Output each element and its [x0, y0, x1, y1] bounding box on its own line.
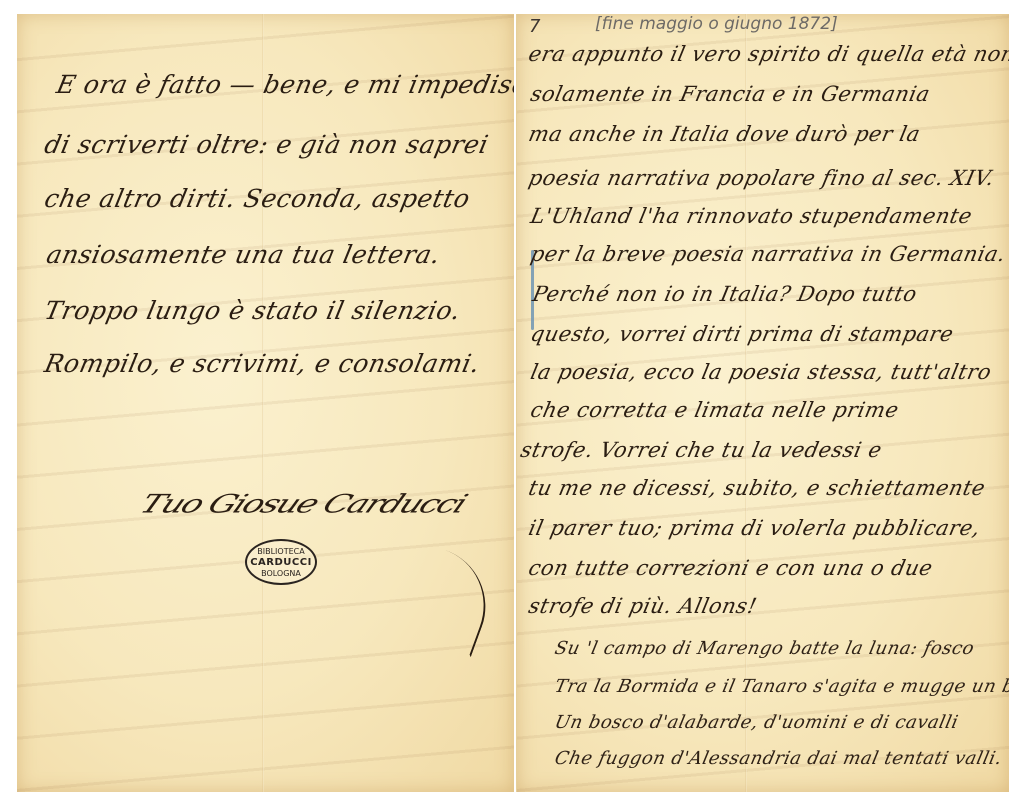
right-line-15: strofe di più. Allons!	[526, 594, 759, 618]
stamp-line-1: BIBLIOTECA	[257, 546, 304, 557]
page-number: 7	[529, 16, 540, 37]
right-line-13: il parer tuo; prima di volerla pubblicar…	[526, 516, 982, 540]
archival-date-note: [fine maggio o giugno 1872]	[595, 14, 838, 34]
verse-line-1: Su 'l campo di Marengo batte la luna: fo…	[553, 638, 977, 659]
verse-line-3: Un bosco d'alabarde, d'uomini e di caval…	[553, 712, 961, 733]
left-line-1: E ora è fatto — bene, e mi impedisce	[54, 70, 514, 99]
left-line-2: di scriverti oltre: e già non saprei	[42, 130, 491, 159]
letter-page-right: 7 [fine maggio o giugno 1872] era appunt…	[516, 14, 1009, 792]
right-line-8: questo, vorrei dirti prima di stampare	[528, 322, 955, 346]
right-line-11: strofe. Vorrei che tu la vedessi e	[518, 438, 884, 462]
right-line-10: che corretta e limata nelle prime	[528, 398, 901, 422]
library-stamp: BIBLIOTECA CARDUCCI BOLOGNA	[245, 539, 317, 585]
right-line-2: solamente in Francia e in Germania	[528, 82, 932, 106]
right-line-9: la poesia, ecco la poesia stessa, tutt'a…	[528, 360, 993, 384]
left-line-3: che altro dirti. Seconda, aspetto	[42, 184, 473, 213]
right-line-5: L'Uhland l'ha rinnovato stupendamente	[528, 204, 974, 228]
signature-flourish	[394, 543, 503, 657]
right-line-14: con tutte correzioni e con una o due	[526, 556, 935, 580]
right-line-4: poesia narrativa popolare fino al sec. X…	[526, 166, 996, 190]
signature: Tuo Giosue Carducci	[135, 489, 471, 519]
stamp-line-2: CARDUCCI	[250, 557, 312, 568]
left-line-6: Rompilo, e scrivimi, e consolami.	[42, 349, 483, 378]
letter-page-left: E ora è fatto — bene, e mi impedisce di …	[17, 14, 514, 792]
right-line-12: tu me ne dicessi, subito, e schiettament…	[526, 476, 987, 500]
right-line-3: ma anche in Italia dove durò per la	[526, 122, 922, 146]
stamp-line-3: BOLOGNA	[261, 568, 301, 579]
right-line-7: Perché non io in Italia? Dopo tutto	[530, 282, 919, 306]
left-line-5: Troppo lungo è stato il silenzio.	[42, 296, 463, 325]
verse-line-4: Che fuggon d'Alessandria dai mal tentati…	[553, 748, 1004, 769]
verse-line-2: Tra la Bormida e il Tanaro s'agita e mug…	[553, 676, 1009, 697]
right-line-1: era appunto il vero spirito di quella et…	[526, 42, 1009, 66]
left-line-4: ansiosamente una tua lettera.	[44, 240, 443, 269]
right-line-6: per la breve poesia narrativa in Germani…	[528, 242, 1008, 266]
